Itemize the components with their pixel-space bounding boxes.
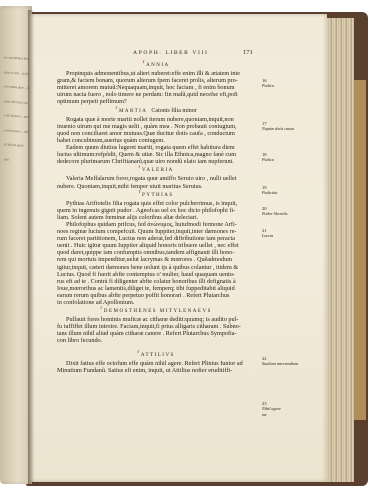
text-line: quod daret,quippe iam confumptis omnibus… — [57, 249, 255, 256]
text-line: mitteret amorem mutuũ:Nequaquam,inquit, … — [57, 84, 255, 91]
section-heading: ⸢PYTHIAS — [57, 191, 255, 199]
rubric-mark-icon: ⸢ — [100, 306, 103, 314]
margin-note: 17Nuptiæ dotis causa — [262, 121, 294, 131]
text-line: rum faceret partitionem, Luctus non ader… — [57, 235, 255, 242]
text-line: rus eft ad te . Contrà fi diligenter abf… — [57, 278, 255, 285]
text-line: dedecore plurimarum Chriftianarũ,quæ uir… — [57, 158, 255, 165]
text-line: rem qui mortuis impenditur,uelut lacryma… — [57, 256, 255, 263]
section-subtitle: Catonis filia minor — [151, 108, 196, 114]
section-heading: ⸢DEMOSTHENES MITYLENAEVS — [57, 307, 255, 315]
margin-note: 19Pudicitia — [262, 185, 277, 195]
rubric-mark-icon: ⸢ — [138, 165, 141, 173]
text-line: Pythias Ariftotelis filia rogata quis ef… — [57, 200, 255, 207]
left-page-line: ...confessiones ...ndidum. Pro ... — [2, 128, 30, 134]
margin-note-text: Pudica — [262, 157, 274, 162]
left-page-text: ...ne repefabulas Prouerbiis, fua...quis… — [2, 55, 30, 173]
rubric-mark-icon: ⸢ — [137, 350, 140, 358]
text-line: luctus ultimum:refpõdit, Quem & uitæ. Si… — [57, 151, 255, 158]
text-line: Minutium Fundanũ. Satius eft enim, inqui… — [57, 367, 255, 374]
section-heading-text: ANNIA — [146, 63, 170, 68]
text-line: nubere. Quoniam,inquit,mihi femper uiuit… — [57, 183, 255, 190]
margin-note: me — [262, 412, 267, 417]
margin-note-text: Nuptiæ dotis causa — [262, 126, 294, 131]
text-line: Luctus. Quod fi fuerit abfte contemptus … — [57, 271, 255, 278]
margin-note-text: Luctus — [262, 233, 273, 238]
margin-note: 16Pudica — [262, 78, 274, 88]
rubric-mark-icon: ⸢ — [138, 190, 141, 198]
text-line: in confolatione ad Apollonium. — [57, 299, 255, 306]
margin-note: 20Pudor liberalis — [262, 206, 287, 216]
text-line: Eadem quum diutius lugeret mariti, rogat… — [57, 144, 255, 151]
margin-note: 23Nihil agere — [262, 401, 281, 411]
section-heading-text: DEMOSTHENES MITYLENAEVS — [104, 309, 212, 314]
margin-note-text: Pudor liberalis — [262, 211, 287, 216]
text-line: earum rerum quibus abfte perpetuo poffit… — [57, 292, 255, 299]
gutter-shadow — [28, 10, 34, 484]
margin-note-text: Studium intermodium — [262, 361, 298, 366]
text-line: noes reginæ luctum compefcuit. Quum Iupp… — [57, 228, 255, 235]
left-page-line: ...ne repefabulas Prouerbiis, fua — [2, 55, 30, 61]
text-line: con libro fecundo. — [57, 337, 255, 344]
left-page-line: ...dea — [2, 157, 30, 163]
margin-note-text: Pudicitia — [262, 190, 277, 195]
text-line: fu iuffiffet illum introire. Faciam,inqu… — [57, 323, 255, 330]
margin-note-text: me — [262, 412, 267, 417]
left-page-line: ...um nuduz,quos ...id fi bibenda om — [2, 84, 30, 90]
text-line: Rogata quæ à morte mariti nollet iterum … — [57, 116, 255, 123]
text-line: gram,& faciem bonam, quorum alterum fpem… — [57, 77, 255, 84]
rubric-mark-icon: ⸢ — [142, 60, 145, 68]
section-heading: ⸢VALERIA — [57, 166, 255, 174]
text-line: Ioue,mœroribus ac lamentis,diliget te, f… — [57, 285, 255, 292]
page-body: ⸢ANNIAPropinquis admonentibus,ut alteri … — [57, 60, 255, 374]
section-heading-text: ATTILIVS — [141, 353, 175, 358]
section-heading-text: VALERIA — [142, 168, 174, 173]
text-line: Propinquis admonentibus,ut alteri nubere… — [57, 70, 255, 77]
left-page-line: ...dum efficiunt, iam ...bant, Ille prim… — [2, 99, 30, 105]
left-page-line: ...e ibi Domini ...mendam Sub ...raffiae — [2, 113, 30, 119]
section-heading: ⸢ANNIA — [57, 61, 255, 69]
section-heading-text: PYTHIAS — [142, 193, 174, 198]
section-heading-text: MARTIA — [119, 109, 147, 114]
left-page-line: ...quis ex illis ...fuit,Neque effe — [2, 70, 30, 76]
text-line: quem in ingenuis gignit pudor . Agnofcas… — [57, 207, 255, 214]
text-line: uenit . Huic igitur quum Iuppiter aliqui… — [57, 242, 255, 249]
rubric-mark-icon: ⸢ — [115, 106, 118, 114]
section-heading: ⸢MARTIACatonis filia minor — [57, 107, 255, 115]
margin-note: 21Luctus — [262, 228, 273, 238]
text-line: inuenio uirum qui me magis uelit , quàm … — [57, 123, 255, 130]
text-line: liam. Solent autem fœminæ alijs coloribu… — [57, 214, 255, 221]
text-line: Valeria Meffalarum foror,rogata quur ami… — [57, 175, 255, 182]
folio-number: 171 — [243, 49, 253, 56]
text-line: Philofophus quidam prifcus, fed ἀνώνυμος… — [57, 221, 255, 228]
text-line: tans illum nihil aliud quàm citharæ cane… — [57, 330, 255, 337]
text-line: quod non conciliaret amor mutuus.Quæ duc… — [57, 130, 255, 137]
text-line: habet concubinum,auerius quàm coniugem. — [57, 137, 255, 144]
running-title: APOPH. LIBER VIII — [133, 50, 208, 56]
text-line: Dixit fatius effe ociofum effe quàm nihi… — [57, 360, 255, 367]
text-line: uirum nacta fuero , nolo timere ne perda… — [57, 91, 255, 98]
text-line: Pulfauit fores hominis muficæ ac citharæ… — [57, 316, 255, 323]
margin-note-text: Pudica — [262, 83, 274, 88]
margin-note: 18Pudica — [262, 152, 274, 162]
text-line: igitur,inquit, cæteri dæmones bene uolun… — [57, 264, 255, 271]
margin-note-text: Nihil agere — [262, 406, 281, 411]
section-heading: ⸢ATTILIVS — [57, 351, 255, 359]
left-page-line: ...ld faciam apud — [2, 142, 30, 148]
text-line: optimum perpeti peffimum? — [57, 98, 255, 105]
margin-note: 22Studium intermodium — [262, 356, 298, 366]
